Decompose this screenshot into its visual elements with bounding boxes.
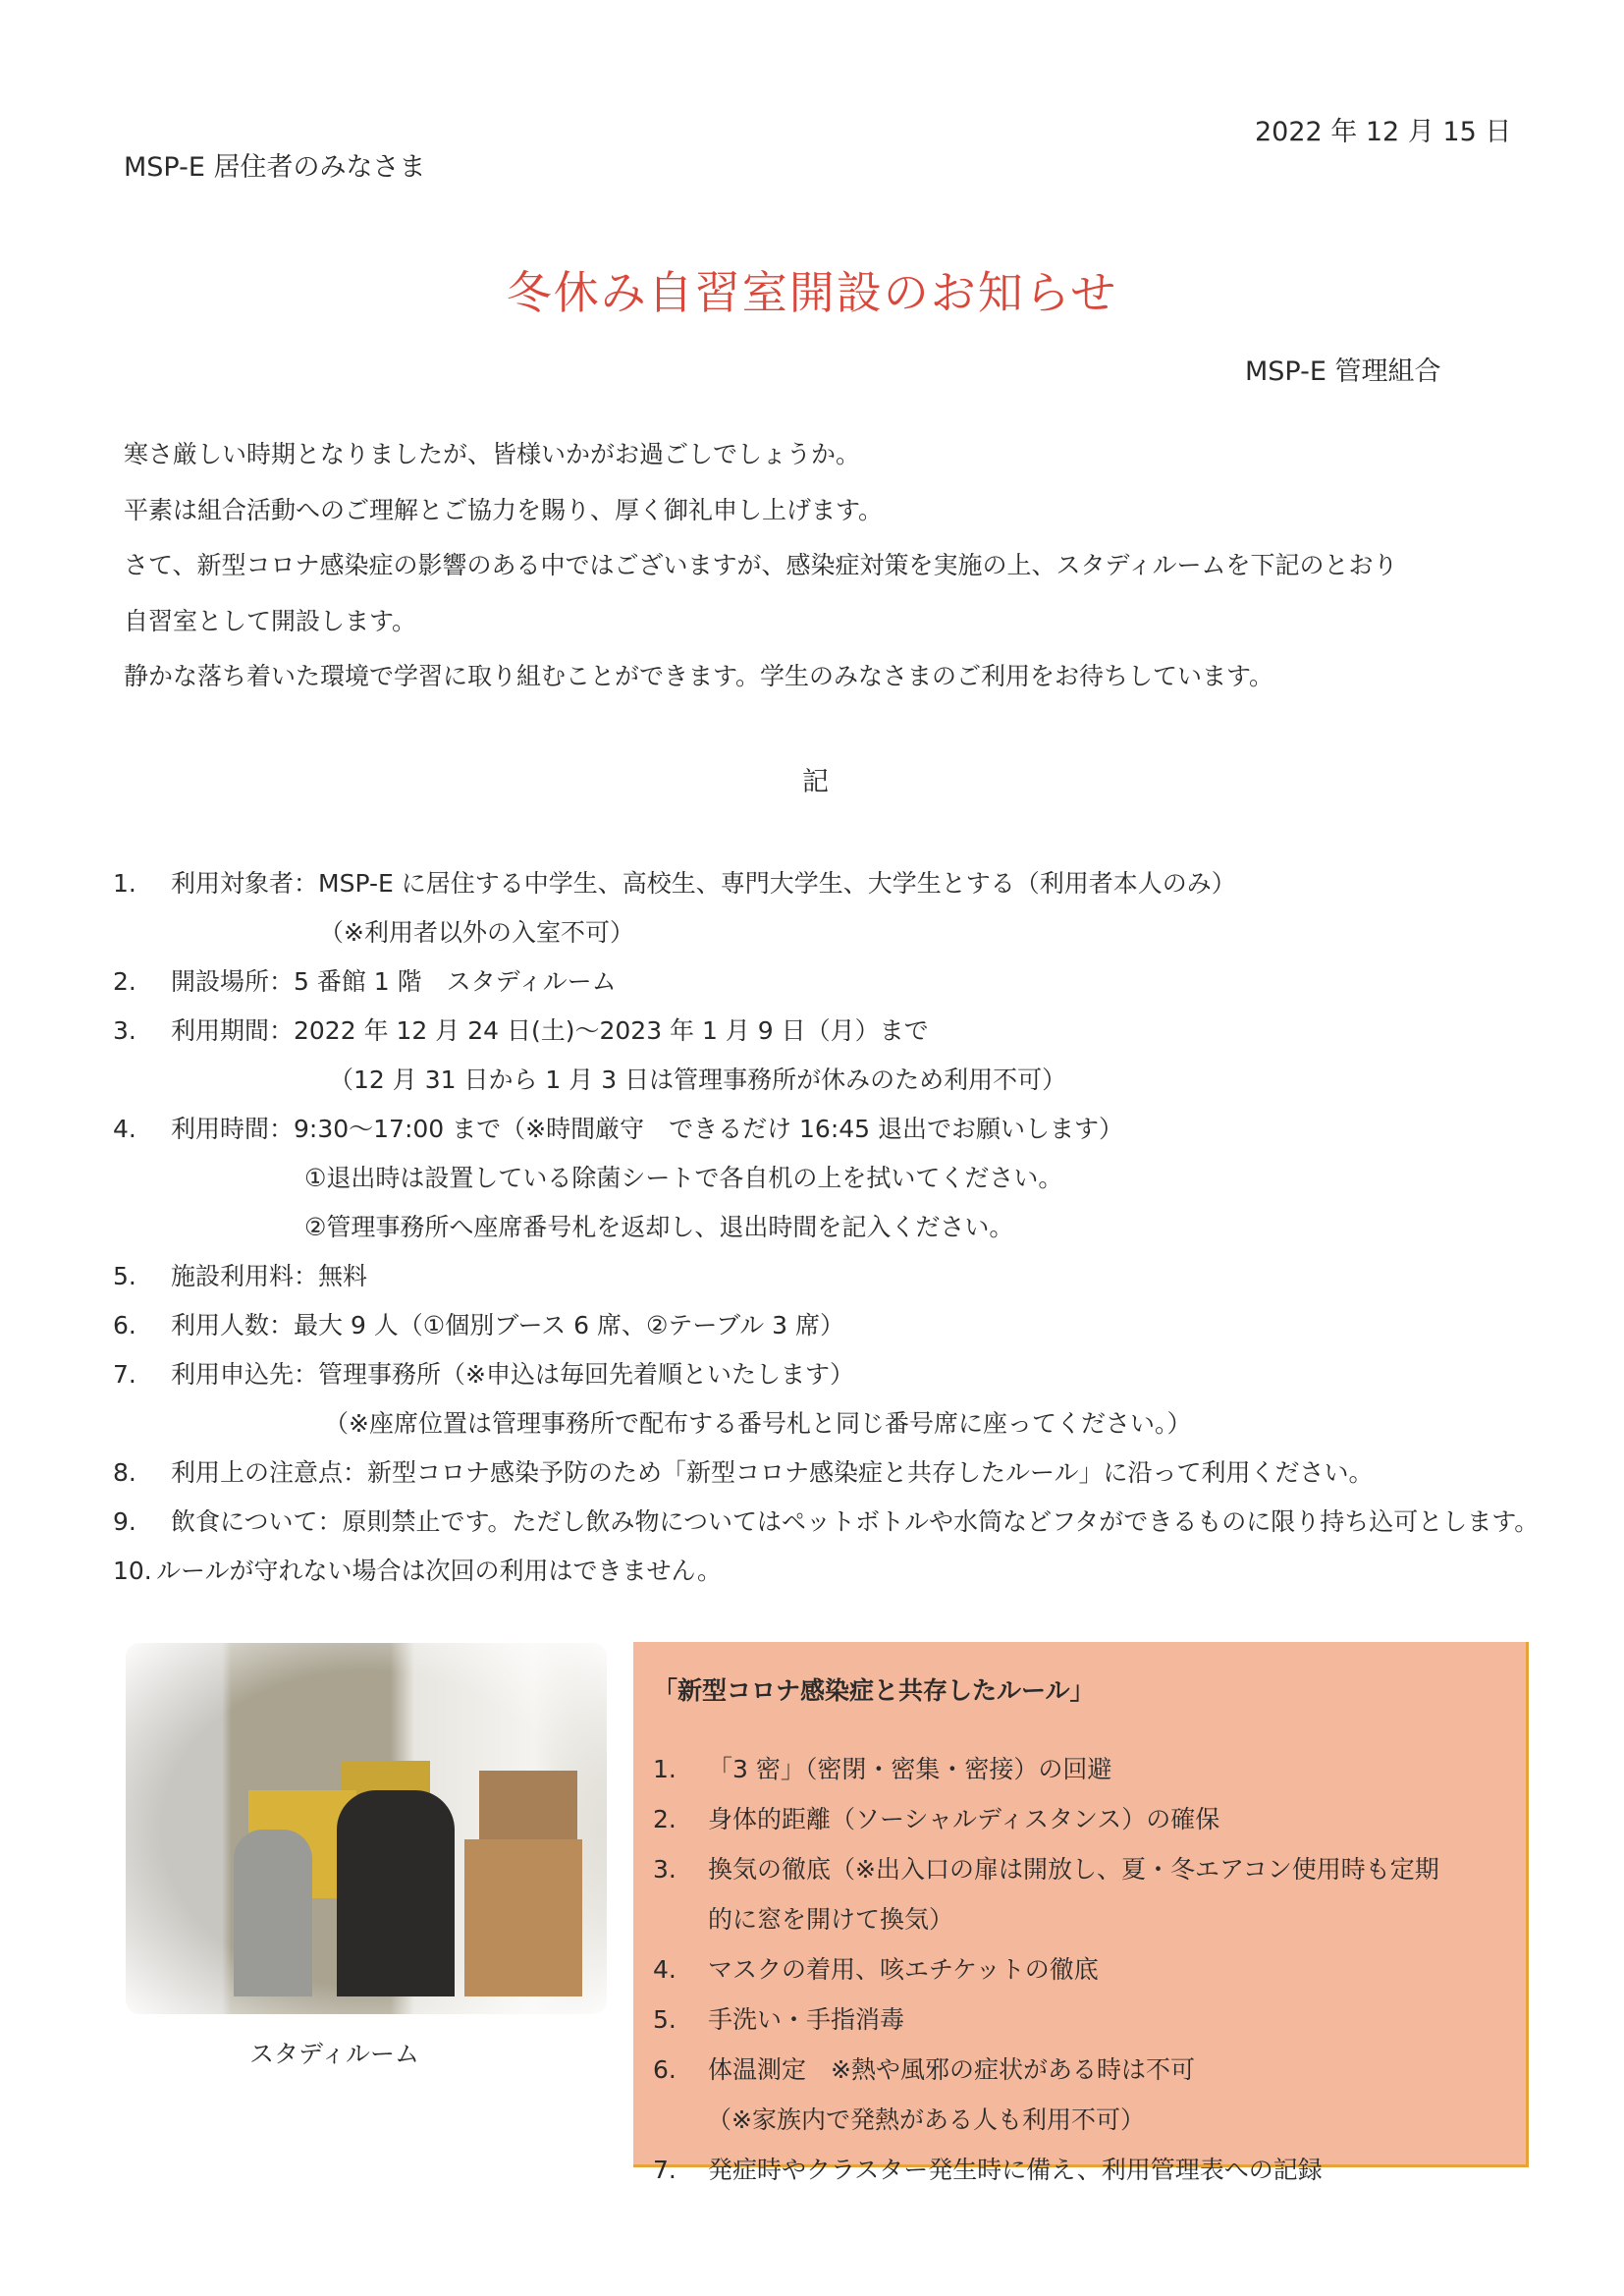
photo-person (337, 1790, 455, 1996)
item-number: 10. (113, 1557, 156, 1585)
intro-line: 平素は組合活動へのご理解とご協力を賜り、厚く御礼申し上げます。 (124, 496, 1398, 552)
item-text: ルールが守れない場合は次回の利用はできません。 (156, 1557, 722, 1585)
list-item: 8.利用上の注意点：新型コロナ感染予防のため「新型コロナ感染症と共存したルール」… (113, 1453, 1374, 1489)
list-item: 2.開設場所：5 番館 1 階 スタディルーム (113, 962, 617, 998)
addressee: MSP-E 居住者のみなさま (124, 145, 426, 184)
rule-text: 体温測定 ※熱や風邪の症状がある時は不可 (708, 2055, 1195, 2084)
rule-number: 1. (653, 1755, 708, 1783)
rule-continuation: 的に窓を開けて換気） (708, 1900, 953, 1936)
rule-item: 6.体温測定 ※熱や風邪の症状がある時は不可 (653, 2050, 1195, 2086)
rule-item: 4.マスクの着用、咳エチケットの徹底 (653, 1950, 1099, 1986)
rule-number: 4. (653, 1955, 708, 1984)
item-note: （※利用者以外の入室不可） (319, 913, 634, 949)
rule-text: 発症時やクラスター発生時に備え、利用管理表への記録 (708, 2156, 1323, 2184)
item-text: 施設利用料：無料 (171, 1262, 367, 1290)
list-item: 1.利用対象者：MSP-E に居住する中学生、高校生、専門大学生、大学生とする（… (113, 864, 1236, 900)
rule-number: 2. (653, 1805, 708, 1833)
item-text: 飲食について：原則禁止です。ただし飲み物についてはペットボトルや水筒などフタがで… (171, 1507, 1539, 1536)
study-room-photo (126, 1643, 607, 2014)
item-text: 利用時間：9:30～17:00 まで（※時間厳守 できるだけ 16:45 退出で… (171, 1115, 1123, 1143)
item-note: ②管理事務所へ座席番号札を返却し、退出時間を記入ください。 (304, 1208, 1013, 1243)
rules-box: 「新型コロナ感染症と共存したルール」 1.「3 密」（密閉・密集・密接）の回避 … (633, 1642, 1529, 2167)
list-item: 10.ルールが守れない場合は次回の利用はできません。 (113, 1552, 722, 1587)
list-item: 3.利用期間：2022 年 12 月 24 日(土)～2023 年 1 月 9 … (113, 1011, 929, 1047)
item-note: （※座席位置は管理事務所で配布する番号札と同じ番号席に座ってください。） (324, 1404, 1191, 1440)
rule-continuation: （※家族内で発熱がある人も利用不可） (707, 2101, 1145, 2136)
rule-item: 5.手洗い・手指消毒 (653, 2000, 904, 2036)
rule-number: 5. (653, 2005, 708, 2034)
item-text: 利用上の注意点：新型コロナ感染予防のため「新型コロナ感染症と共存したルール」に沿… (171, 1458, 1374, 1487)
intro-line: さて、新型コロナ感染症の影響のある中ではございますが、感染症対策を実施の上、スタ… (124, 551, 1398, 607)
item-text: 利用対象者：MSP-E に居住する中学生、高校生、専門大学生、大学生とする（利用… (171, 869, 1236, 898)
item-number: 7. (113, 1360, 171, 1389)
rule-item: 2.身体的距離（ソーシャルディスタンス）の確保 (653, 1800, 1219, 1835)
rule-text: 換気の徹底（※出入口の扉は開放し、夏・冬エアコン使用時も定期 (708, 1855, 1439, 1884)
rule-number: 3. (653, 1855, 708, 1884)
rules-title: 「新型コロナ感染症と共存したルール」 (653, 1671, 1095, 1707)
document-date: 2022 年 12 月 15 日 (1255, 110, 1511, 148)
rule-number: 7. (653, 2156, 708, 2184)
rule-text: 身体的距離（ソーシャルディスタンス）の確保 (708, 1805, 1219, 1833)
rule-item: 1.「3 密」（密閉・密集・密接）の回避 (653, 1750, 1111, 1785)
sender: MSP-E 管理組合 (1245, 350, 1441, 388)
rule-text: 「3 密」（密閉・密集・密接）の回避 (708, 1755, 1111, 1783)
item-number: 1. (113, 869, 171, 898)
intro-line: 静かな落ち着いた環境で学習に取り組むことができます。学生のみなさまのご利用をお待… (124, 662, 1398, 718)
photo-desk (479, 1771, 577, 1839)
intro-line: 寒さ厳しい時期となりましたが、皆様いかがお過ごしでしょうか。 (124, 440, 1398, 496)
item-number: 4. (113, 1115, 171, 1143)
item-number: 2. (113, 967, 171, 996)
item-note: （12 月 31 日から 1 月 3 日は管理事務所が休みのため利用不可） (329, 1061, 1066, 1096)
list-item: 4.利用時間：9:30～17:00 まで（※時間厳守 できるだけ 16:45 退… (113, 1110, 1123, 1145)
list-item: 5.施設利用料：無料 (113, 1257, 367, 1292)
ki-marker: 記 (802, 760, 829, 798)
photo-desk (464, 1839, 582, 1996)
rule-number: 6. (653, 2055, 708, 2084)
rule-text: マスクの着用、咳エチケットの徹底 (708, 1955, 1099, 1984)
item-text: 利用人数：最大 9 人（①個別ブース 6 席、②テーブル 3 席） (171, 1311, 844, 1339)
item-number: 8. (113, 1458, 171, 1487)
intro-paragraph: 寒さ厳しい時期となりましたが、皆様いかがお過ごしでしょうか。 平素は組合活動への… (124, 440, 1398, 718)
rule-item: 3.換気の徹底（※出入口の扉は開放し、夏・冬エアコン使用時も定期 (653, 1850, 1439, 1886)
item-text: 利用申込先：管理事務所（※申込は毎回先着順といたします） (171, 1360, 854, 1389)
photo-person (234, 1830, 312, 1996)
list-item: 7.利用申込先：管理事務所（※申込は毎回先着順といたします） (113, 1355, 854, 1391)
item-number: 5. (113, 1262, 171, 1290)
item-text: 開設場所：5 番館 1 階 スタディルーム (171, 967, 617, 996)
item-number: 6. (113, 1311, 171, 1339)
photo-caption: スタディルーム (249, 2035, 419, 2070)
rule-item: 7.発症時やクラスター発生時に備え、利用管理表への記録 (653, 2151, 1323, 2186)
intro-line: 自習室として開設します。 (124, 607, 1398, 663)
list-item: 9.飲食について：原則禁止です。ただし飲み物についてはペットボトルや水筒などフタ… (113, 1503, 1539, 1538)
item-number: 3. (113, 1016, 171, 1045)
list-item: 6.利用人数：最大 9 人（①個別ブース 6 席、②テーブル 3 席） (113, 1306, 844, 1341)
rule-text: 手洗い・手指消毒 (708, 2005, 904, 2034)
item-text: 利用期間：2022 年 12 月 24 日(土)～2023 年 1 月 9 日（… (171, 1016, 929, 1045)
document-title: 冬休み自習室開設のお知らせ (0, 257, 1624, 322)
item-note: ①退出時は設置している除菌シートで各自机の上を拭いてください。 (304, 1159, 1062, 1194)
item-number: 9. (113, 1507, 171, 1536)
